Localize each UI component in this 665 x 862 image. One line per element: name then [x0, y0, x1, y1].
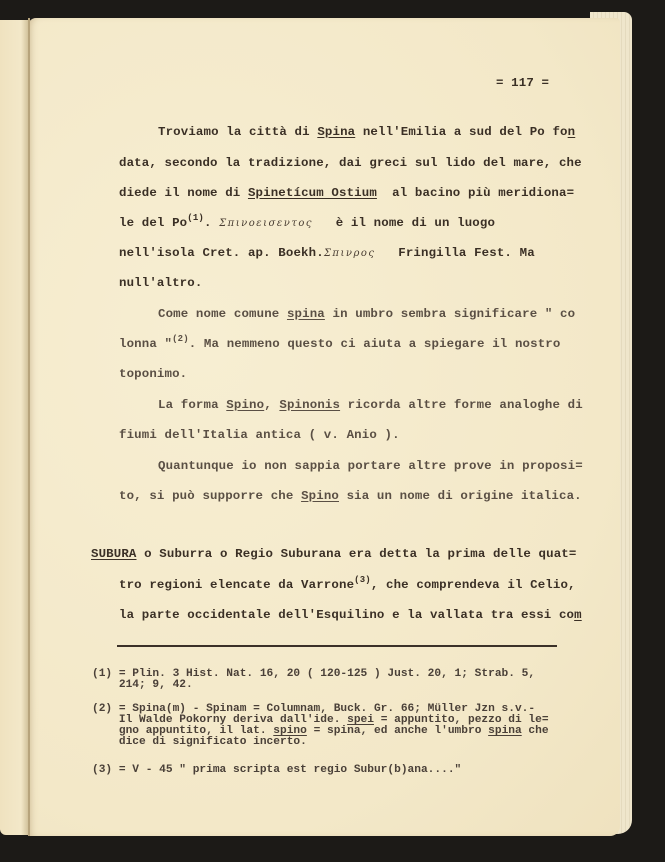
- paragraph-1-line-6: null'altro.: [119, 276, 202, 290]
- paragraph-1-line-2: data, secondo la tradizione, dai greci s…: [119, 156, 582, 170]
- entry-line-2: tro regioni elencate da Varrone(3), che …: [119, 578, 576, 592]
- paragraph-2-line-1: Come nome comune spina in umbro sembra s…: [158, 307, 575, 321]
- footnote-ref-3[interactable]: (3): [354, 575, 371, 585]
- facing-page-edge: [0, 20, 30, 835]
- footnote-ref-2[interactable]: (2): [172, 334, 189, 344]
- greek-handwritten-word: Σπινοεισεντος: [219, 218, 313, 229]
- paragraph-4-line-2: to, si può supporre che Spino sia un nom…: [119, 489, 582, 503]
- paragraph-1-line-1: Troviamo la città di Spina nell'Emilia a…: [158, 125, 575, 139]
- paragraph-4-line-1: Quantunque io non sappia portare altre p…: [158, 459, 583, 473]
- paragraph-3-line-2: fiumi dell'Italia antica ( v. Anio ).: [119, 428, 400, 442]
- paragraph-2-line-3: toponimo.: [119, 367, 187, 381]
- page-number: = 117 =: [496, 76, 549, 90]
- paragraph-1-line-5: nell'isola Cret. ap. Boekh.Σπινρος Fring…: [119, 246, 535, 260]
- entry-line-1: SUBURA o Suburra o Regio Suburana era de…: [91, 547, 576, 561]
- footnote-ref-1[interactable]: (1): [187, 213, 204, 223]
- footnote-1: (1) = Plin. 3 Hist. Nat. 16, 20 ( 120-12…: [92, 669, 535, 691]
- entry-line-3: la parte occidentale dell'Esquilino e la…: [119, 608, 582, 622]
- paragraph-3-line-1: La forma Spino, Spinonis ricorda altre f…: [158, 398, 583, 412]
- footnote-3: (3) = V - 45 " prima scripta est regio S…: [92, 765, 461, 776]
- entry-headword: SUBURA: [91, 547, 137, 561]
- paragraph-1-line-4: le del Po(1). Σπινοεισεντος è il nome di…: [119, 216, 495, 230]
- binding-gutter: [28, 18, 30, 836]
- footnote-2: (2) = Spina(m) - Spinam = Columnam, Buck…: [92, 704, 549, 748]
- footnote-separator: [117, 645, 557, 647]
- greek-handwritten-word: Σπινρος: [324, 248, 376, 259]
- paragraph-2-line-2: lonna "(2). Ma nemmeno questo ci aiuta a…: [119, 337, 560, 351]
- paragraph-1-line-3: diede il nome di Spinetícum Ostium al ba…: [119, 186, 574, 200]
